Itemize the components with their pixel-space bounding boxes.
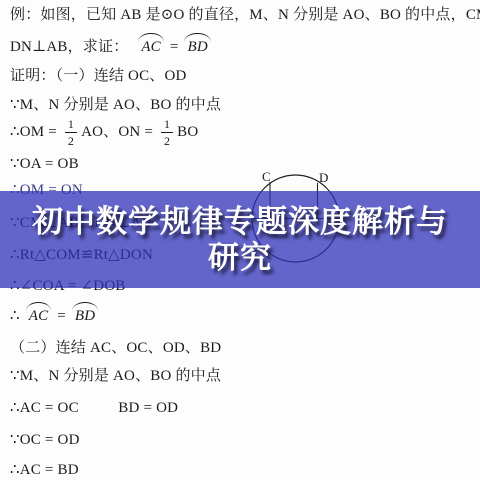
equals-sign: = [170,39,179,55]
banner-title-line1: 初中数学规律专题深度解析与 [32,204,448,240]
frac-line-pre: ∴OM = [10,124,61,140]
math-proof-document: C D 例：如图，已知 AB 是⊙O 的直径，M、N 分别是 AO、BO 的中点… [0,0,480,480]
problem-statement-line2: DN⊥AB，求证： AC = BD [10,37,213,57]
therefore-sign: ∴ [10,308,20,324]
problem-statement-line1: 例：如图，已知 AB 是⊙O 的直径，M、N 分别是 AO、BO 的中点，CM⊥… [10,5,480,25]
title-banner: 初中数学规律专题深度解析与 研究 [0,191,480,288]
proof-line-arc-conclusion: ∴ AC = BD [10,306,100,326]
fraction-one-half: 12 [65,118,77,147]
equals-sign-2: = [57,308,66,324]
proof-line-fractions: ∴OM = 12AO、ON = 12BO [10,118,198,147]
proof-line-final-conclusion: ∴AC = BD [10,460,79,480]
label-c: C [262,169,271,184]
label-d: D [319,170,328,185]
proof-line-midpoints-1: ∵M、N 分别是 AO、BO 的中点 [10,95,221,115]
proof-part2-header: （二）连结 AC、OC、OD、BD [10,338,221,358]
proof-line-midpoints-2: ∵M、N 分别是 AO、BO 的中点 [10,366,221,386]
fraction-one-half-2: 12 [161,118,173,147]
banner-title-line2: 研究 [208,240,272,276]
frac-line-post: BO [177,124,198,140]
proof-line-oa-ob: ∵OA = OB [10,154,79,174]
frac-line-mid: AO、ON = [81,124,157,140]
prove-prefix: DN⊥AB，求证： [10,39,136,55]
arc-BD: BD [184,37,210,57]
arc-AC-2: AC [26,306,52,326]
proof-line-oc-od: ∵OC = OD [10,430,80,450]
proof-part1-header: 证明：（一）连结 OC、OD [10,66,187,86]
arc-BD-2: BD [72,306,98,326]
arc-AC: AC [138,37,164,57]
proof-line-ac-oc-bd-od: ∴AC = OC BD = OD [10,398,178,418]
